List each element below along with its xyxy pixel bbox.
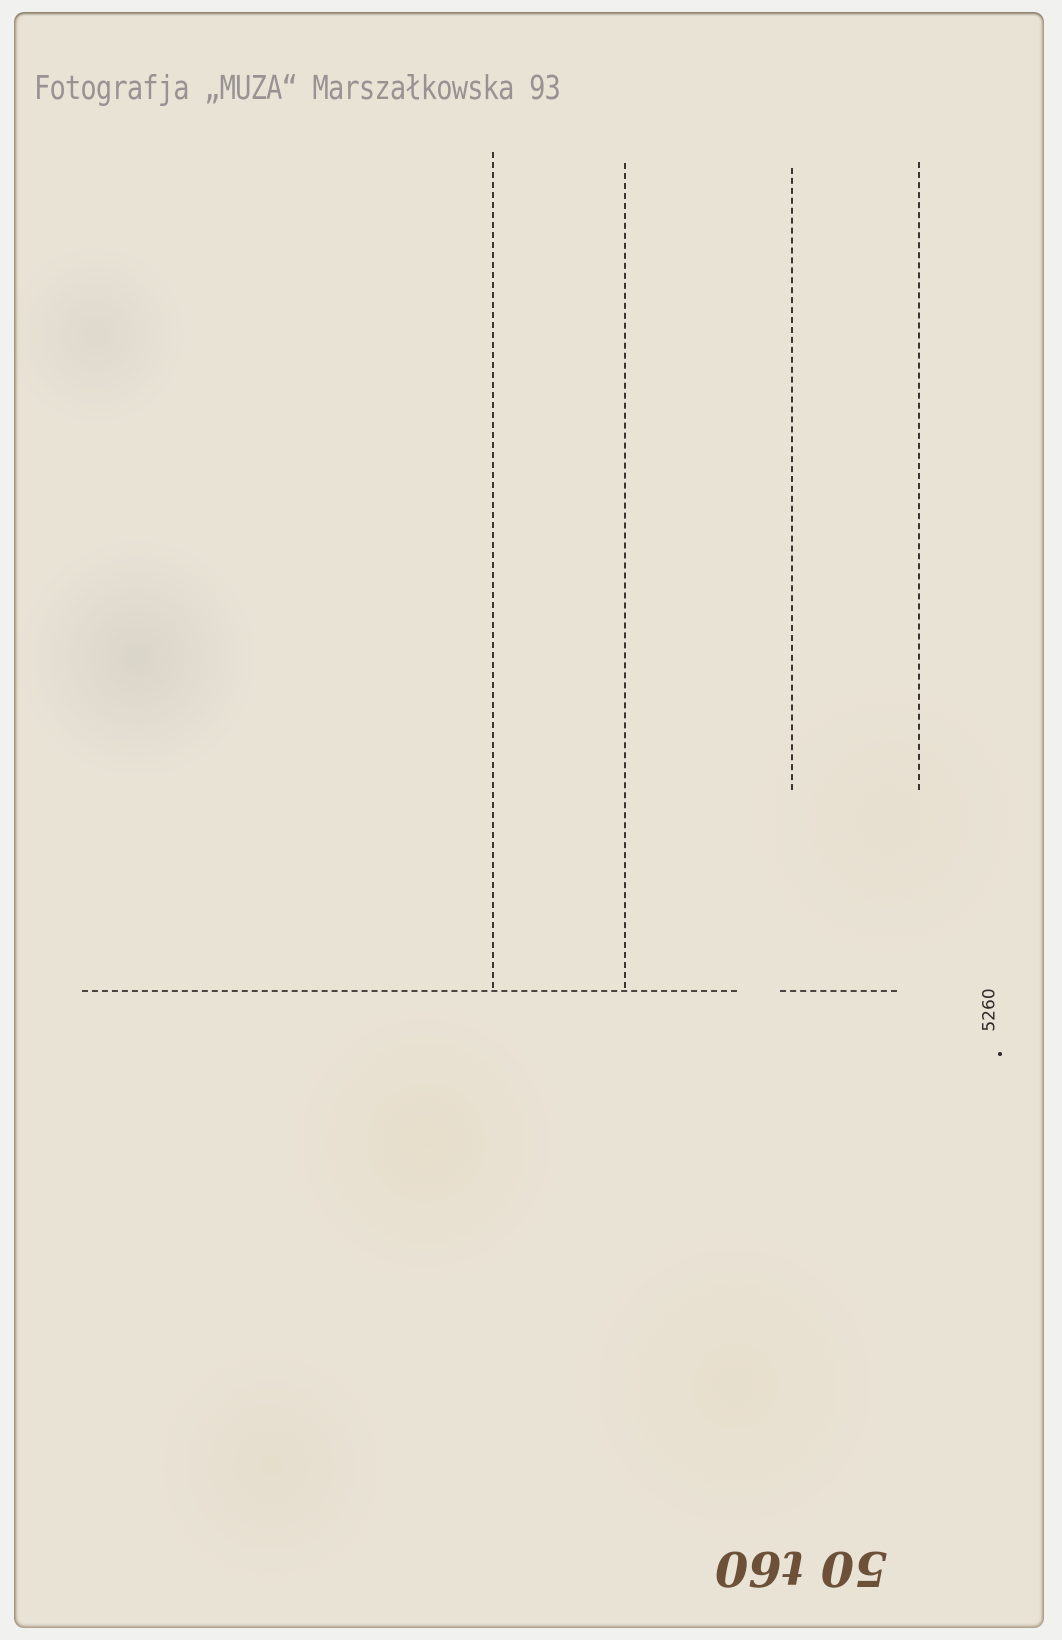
divider-line-1 [492, 152, 494, 988]
postcard-back: Fotografja „MUZA“ Marszałkowska 93 [14, 12, 1044, 1628]
address-line-left [791, 168, 793, 790]
photographer-stamp: Fotografja „MUZA“ Marszałkowska 93 [34, 68, 560, 107]
serial-dot [998, 1052, 1002, 1056]
serial-number: 5260 [980, 988, 1000, 1031]
address-line-right [918, 162, 920, 790]
horizontal-divider-1 [82, 990, 737, 992]
divider-line-2 [624, 163, 626, 988]
handwritten-note: 50 t60 [715, 1540, 887, 1596]
horizontal-divider-2 [780, 990, 897, 992]
